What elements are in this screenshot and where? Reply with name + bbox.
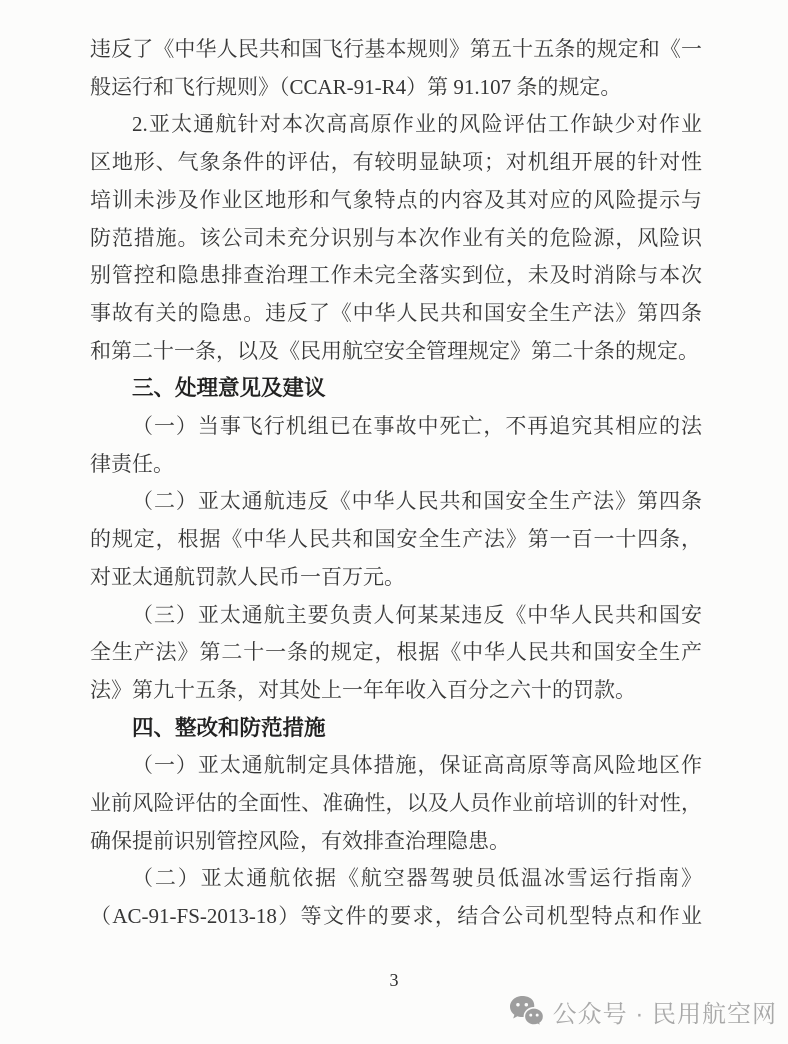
watermark: 公众号 · 民用航空网 (509, 994, 777, 1029)
document-text-line: 培训未涉及作业区地形和气象特点的内容及其对应的风险提示与 (90, 182, 702, 220)
document-text-line: （三）亚太通航主要负责人何某某违反《中华人民共和国安 (90, 597, 702, 635)
document-text-line: 违反了《中华人民共和国飞行基本规则》第五十五条的规定和《一 (90, 31, 702, 69)
watermark-text: 公众号 · 民用航空网 (553, 994, 777, 1029)
document-text-line: 事故有关的隐患。违反了《中华人民共和国安全生产法》第四条 (90, 295, 702, 333)
document-text-line: 般运行和飞行规则》（CCAR-91-R4）第 91.107 条的规定。 (90, 69, 702, 107)
section-heading: 三、处理意见及建议 (90, 370, 702, 408)
document-text-line: 2.亚太通航针对本次高高原作业的风险评估工作缺少对作业 (90, 106, 702, 144)
document-text-line: （二）亚太通航依据《航空器驾驶员低温冰雪运行指南》 (90, 860, 702, 898)
document-body: 违反了《中华人民共和国飞行基本规则》第五十五条的规定和《一般运行和飞行规则》（C… (90, 31, 702, 936)
document-text-line: 和第二十一条，以及《民用航空安全管理规定》第二十条的规定。 (90, 333, 702, 371)
page-number: 3 (0, 970, 788, 991)
document-text-line: 法》第九十五条，对其处上一年年收入百分之六十的罚款。 (90, 672, 702, 710)
document-text-line: 律责任。 (90, 446, 702, 484)
document-text-line: 对亚太通航罚款人民币一百万元。 (90, 559, 702, 597)
document-text-line: （二）亚太通航违反《中华人民共和国安全生产法》第四条 (90, 483, 702, 521)
document-text-line: 别管控和隐患排查治理工作未完全落实到位，未及时消除与本次 (90, 257, 702, 295)
document-text-line: （一）亚太通航制定具体措施，保证高高原等高风险地区作 (90, 747, 702, 785)
document-text-line: （一）当事飞行机组已在事故中死亡，不再追究其相应的法 (90, 408, 702, 446)
document-text-line: 业前风险评估的全面性、准确性，以及人员作业前培训的针对性， (90, 785, 702, 823)
document-text-line: （AC-91-FS-2013-18）等文件的要求，结合公司机型特点和作业 (90, 898, 702, 936)
document-text-line: 防范措施。该公司未充分识别与本次作业有关的危险源，风险识 (90, 220, 702, 258)
document-text-line: 全生产法》第二十一条的规定，根据《中华人民共和国安全生产 (90, 634, 702, 672)
document-text-line: 的规定，根据《中华人民共和国安全生产法》第一百一十四条， (90, 521, 702, 559)
wechat-icon (509, 995, 544, 1028)
document-text-line: 区地形、气象条件的评估，有较明显缺项；对机组开展的针对性 (90, 144, 702, 182)
document-page: { "page": { "background": "#fcfcfb", "te… (0, 0, 788, 1044)
document-text-line: 确保提前识别管控风险，有效排查治理隐患。 (90, 823, 702, 861)
section-heading: 四、整改和防范措施 (90, 710, 702, 748)
